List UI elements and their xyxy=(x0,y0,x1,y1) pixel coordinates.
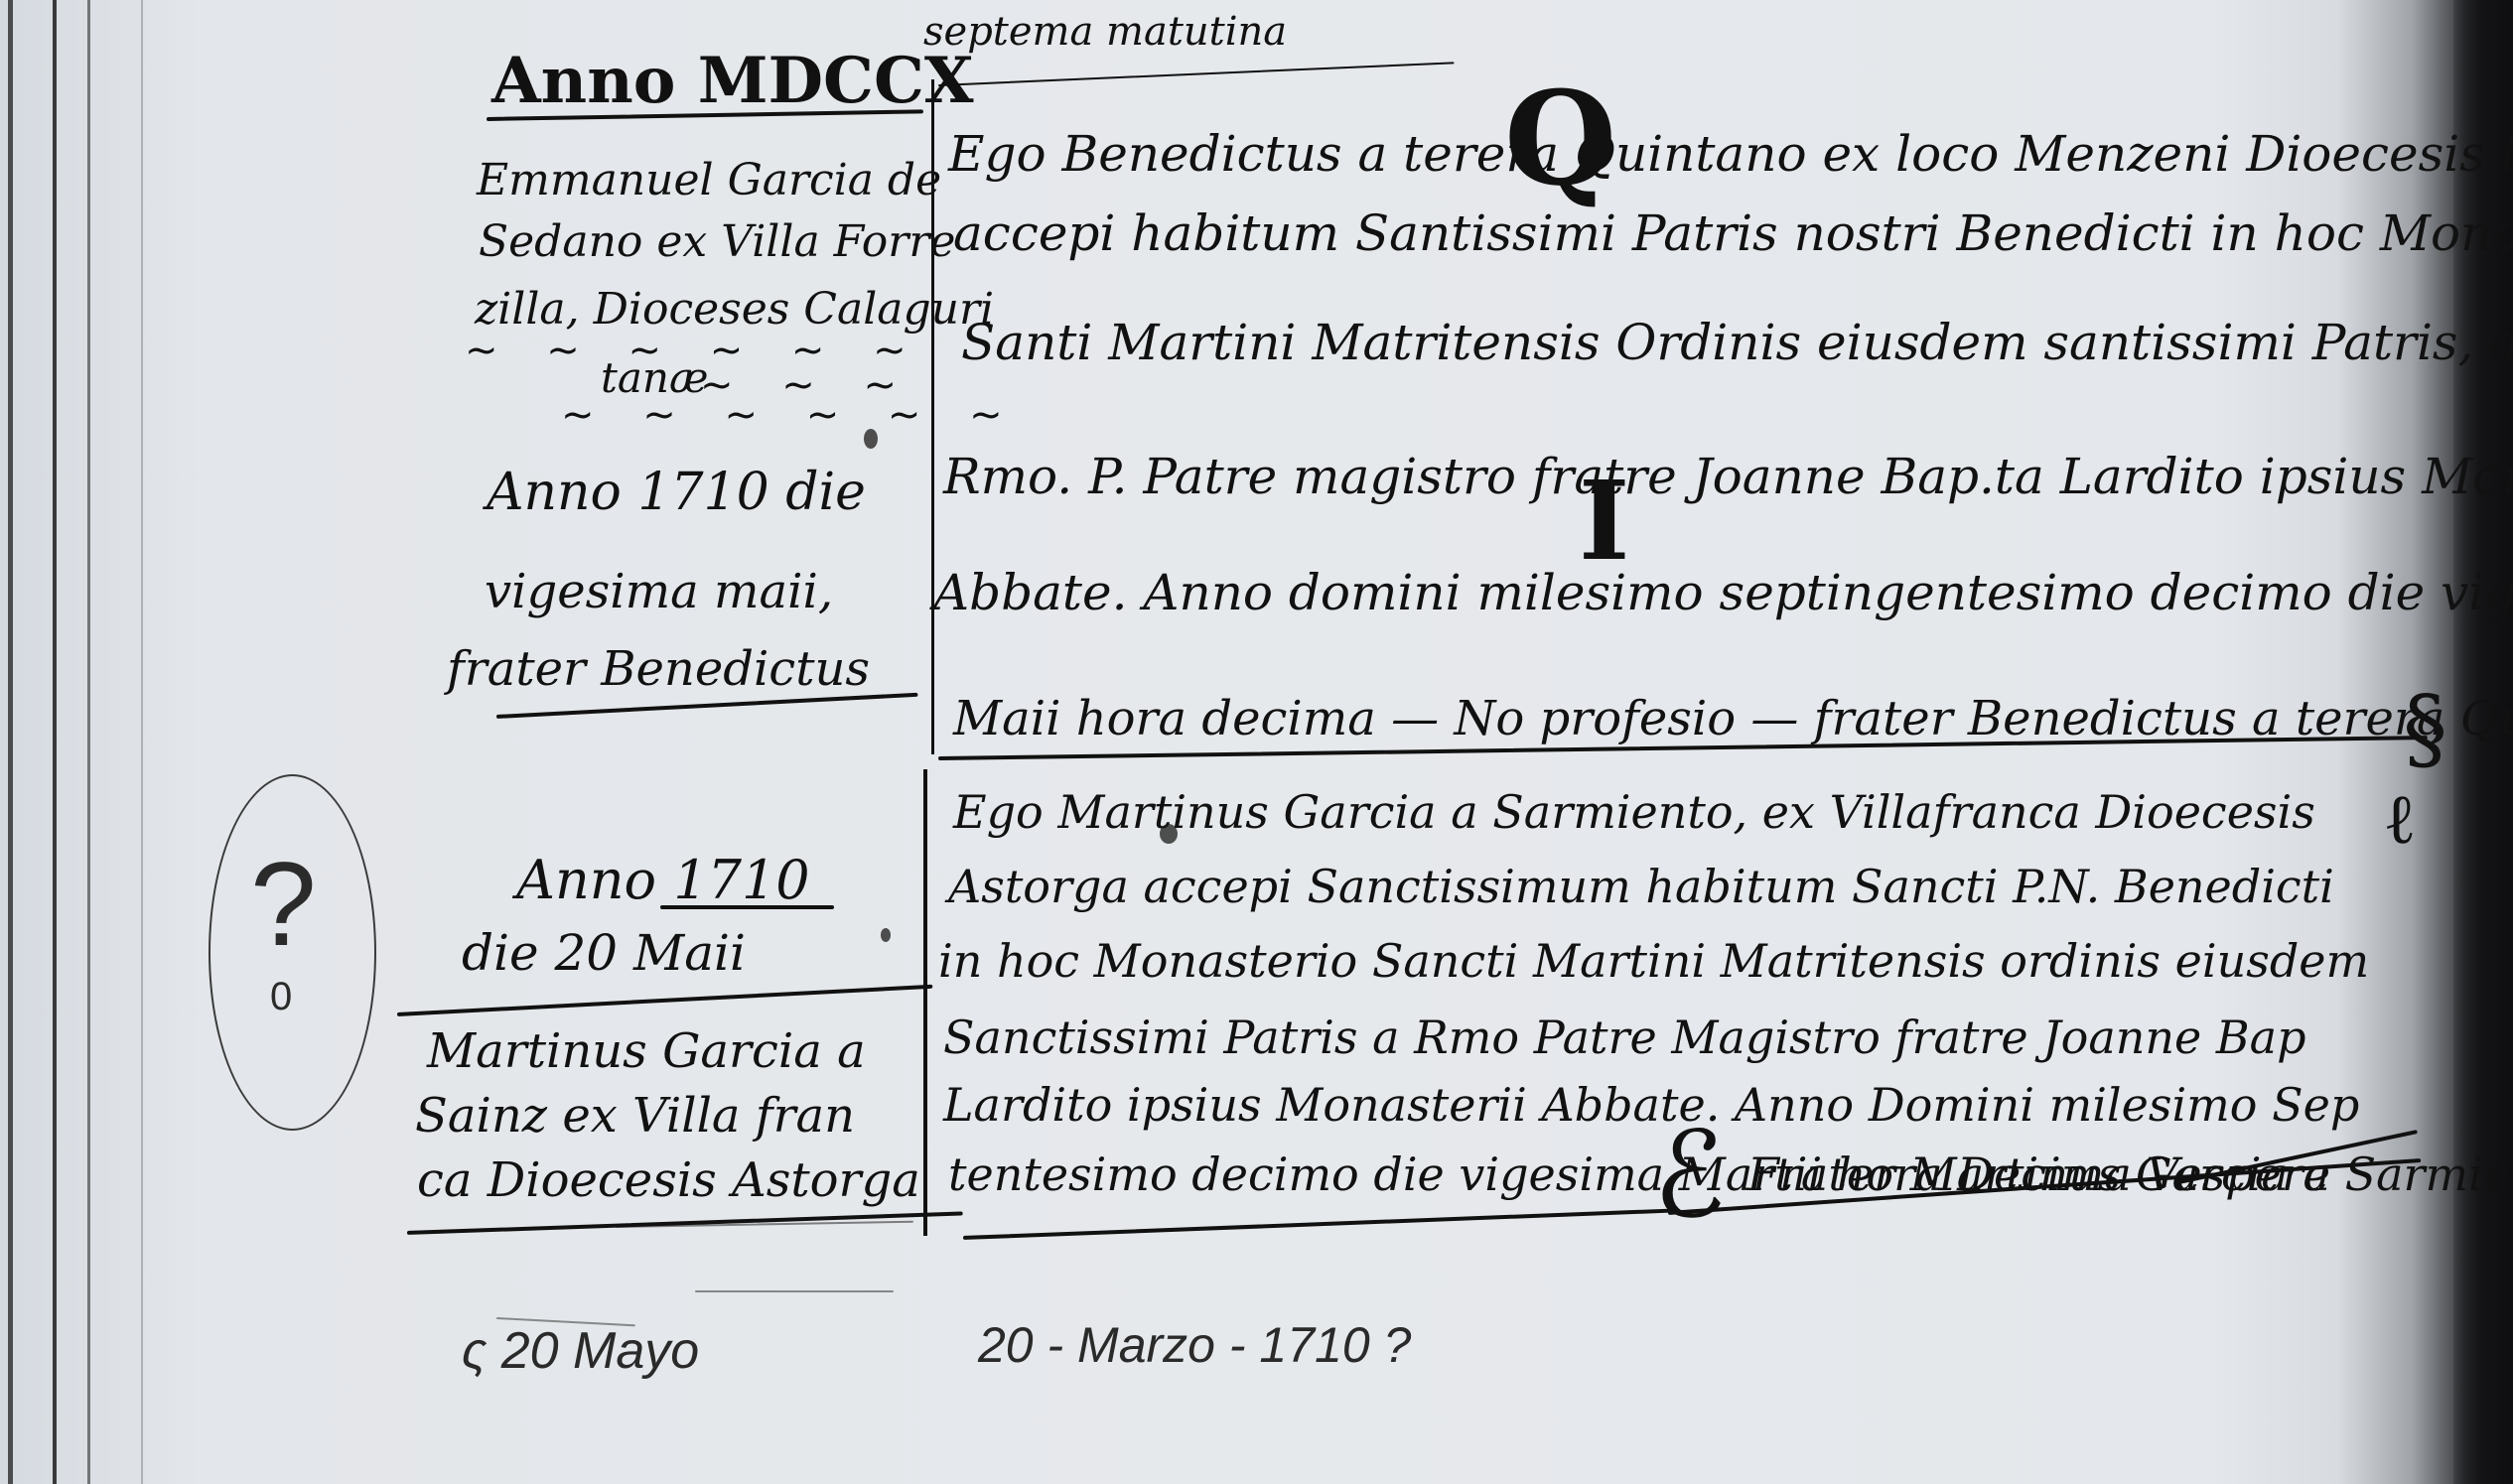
margin-rule-line xyxy=(53,0,57,1484)
entry-text-line: Santi Martini Matritensis Ordinis eiusde… xyxy=(961,318,2513,367)
decorated-initial: Q xyxy=(1504,74,1616,203)
year-heading: Anno MDCCX xyxy=(491,50,974,113)
entry-signature: Frater Martinus Garcia a Sarmiento xyxy=(1747,1151,2513,1197)
marginal-note-rule xyxy=(938,62,1455,86)
margin-rule-line xyxy=(87,0,90,1484)
margin-name-line: zilla, Dioceses Calaguri xyxy=(475,288,994,332)
margin-separator xyxy=(397,985,932,1016)
ink-blot xyxy=(881,928,891,942)
entry-text-line: Rmo. P. Patre magistro fratre Joanne Bap… xyxy=(943,452,2513,501)
margin-name-line: ca Dioecesis Astorga xyxy=(417,1156,920,1204)
margin-name-line: Emmanuel Garcia de xyxy=(477,159,941,202)
margin-name-line: Martinus Garcia a xyxy=(427,1027,866,1075)
entry-text-line: Ego Martinus Garcia a Sarmiento, ex Vill… xyxy=(953,789,2315,835)
year-underline xyxy=(660,905,834,909)
decorative-tildes: ~ ~ ~ ~ ~ ~ xyxy=(561,392,1021,438)
ink-blot xyxy=(864,429,878,449)
entry-text-line: Astorga accepi Sanctissimum habitum Sanc… xyxy=(948,864,2334,909)
entry-text-line: Maii hora decima — No profesio — frater … xyxy=(953,695,2513,742)
ink-blot xyxy=(1160,824,1178,844)
faint-ink-trace xyxy=(695,1290,894,1292)
large-capital: I xyxy=(1579,467,1629,576)
flourish-scroll: ℓ xyxy=(2383,784,2417,854)
pencil-sub-mark: 0 xyxy=(270,975,292,1019)
margin-date-line: die 20 Maii xyxy=(462,928,746,978)
entry-bracket xyxy=(923,769,927,1236)
margin-signature: frater Benedictus xyxy=(447,645,870,693)
margin-date-line: vigesima maii, xyxy=(485,568,833,615)
manuscript-page: Anno MDCCX septema matutina Emmanuel Gar… xyxy=(0,0,2513,1484)
pencil-note-left: ς 20 Mayo xyxy=(462,1325,699,1377)
entry-text-line: accepi habitum Santissimi Patris nostri … xyxy=(953,208,2513,258)
margin-rule-line xyxy=(8,0,13,1484)
entry-text-line: Lardito ipsius Monasterii Abbate. Anno D… xyxy=(943,1082,2359,1128)
margin-rule-line xyxy=(141,0,143,1484)
margin-name-line: Sedano ex Villa Forre xyxy=(479,220,955,264)
entry-text-line: in hoc Monasterio Sancti Martini Matrite… xyxy=(938,938,2369,984)
pencil-note-right: 20 - Marzo - 1710 ? xyxy=(978,1320,1411,1370)
signature-flourish: ℰ xyxy=(1653,1117,1726,1236)
margin-name-line: Sainz ex Villa fran xyxy=(415,1092,855,1140)
margin-date-line: Anno 1710 die xyxy=(487,467,866,518)
question-mark-icon: ? xyxy=(250,836,317,973)
flourish-scroll: § xyxy=(2403,685,2447,774)
entry-text-line: Sanctissimi Patris a Rmo Patre Magistro … xyxy=(943,1014,2306,1060)
pencil-oval-annotation: ? 0 xyxy=(209,774,376,1131)
entry-closing-rule xyxy=(963,1208,1678,1240)
entry-text-line: Ego Benedictus a terera Quintano ex loco… xyxy=(948,129,2513,179)
marginal-note: septema matutina xyxy=(923,12,1287,52)
margin-date-line: Anno 1710 xyxy=(516,854,810,907)
entry-text-line: Abbate. Anno domini milesimo septingente… xyxy=(933,568,2513,617)
